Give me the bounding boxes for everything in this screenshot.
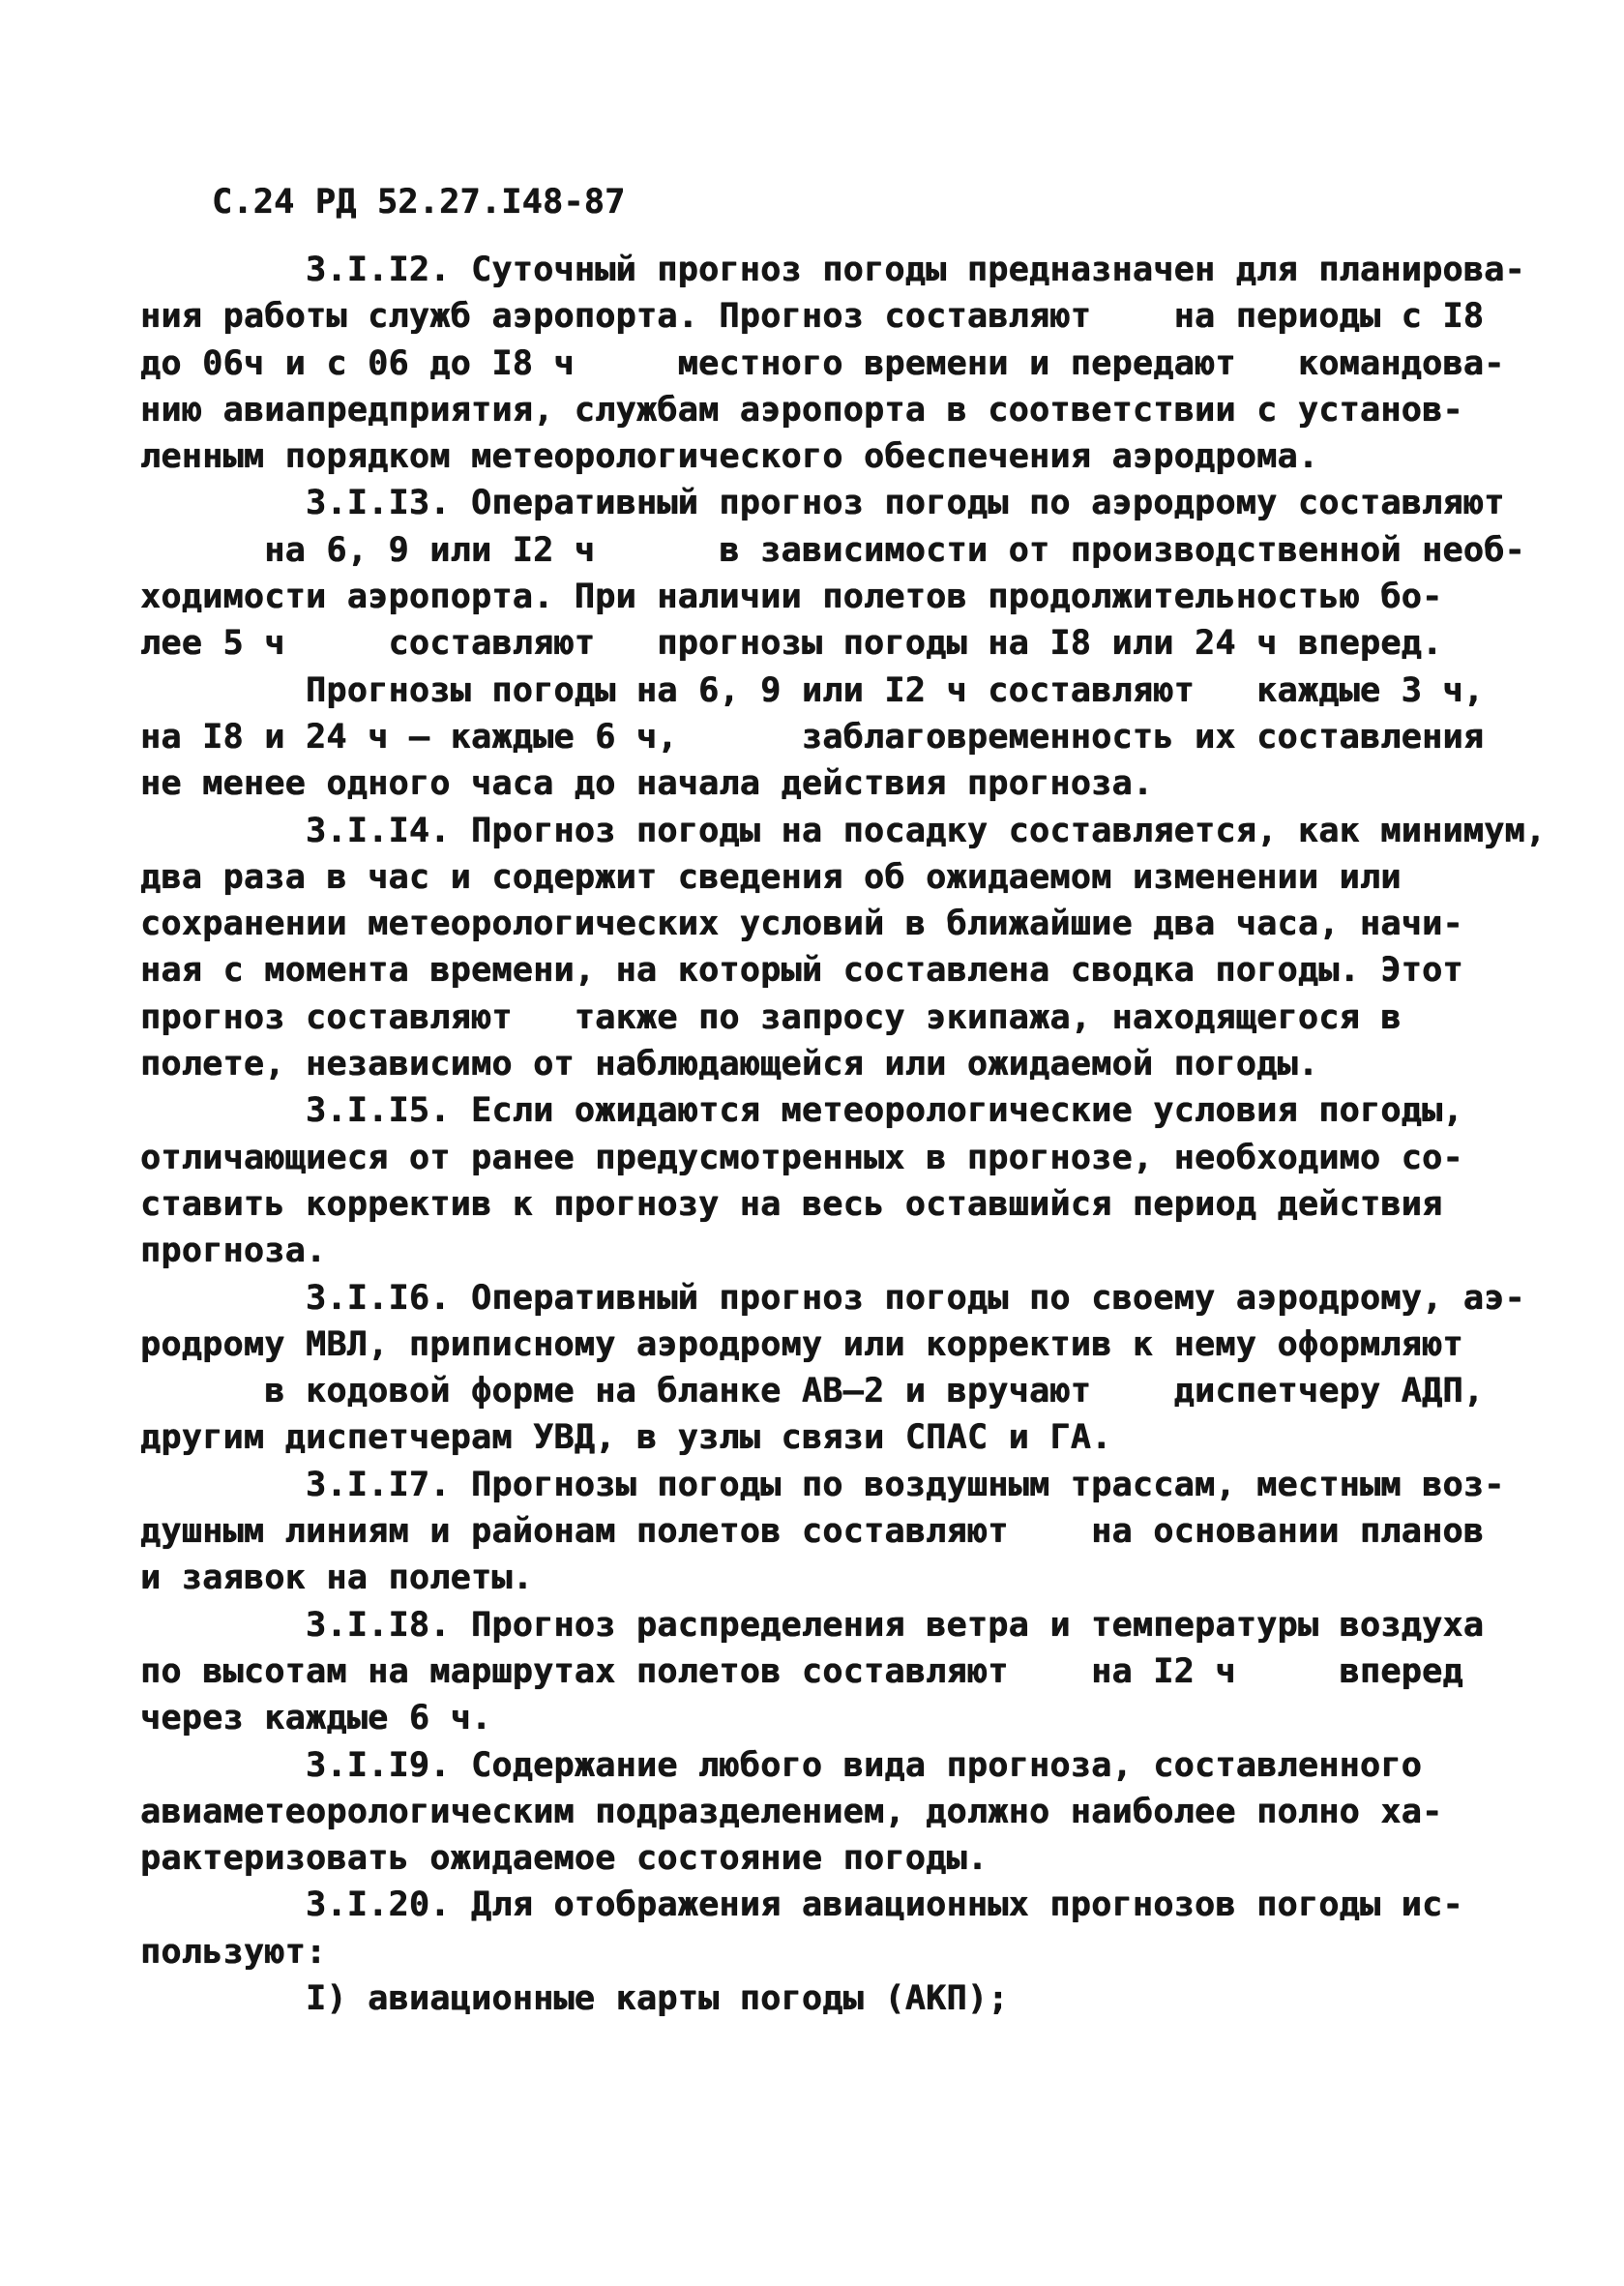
text-line: прогноз составляют также по запросу экип…	[140, 995, 1585, 1041]
text-line: Прогнозы погоды на 6, 9 или I2 ч составл…	[140, 668, 1585, 714]
text-line: 3.I.I3. Оперативный прогноз погоды по аэ…	[140, 480, 1585, 526]
text-line: на 6, 9 или I2 ч в зависимости от произв…	[140, 527, 1585, 574]
text-line: авиаметеорологическим подразделением, до…	[140, 1789, 1585, 1835]
text-line: родрому МВЛ, приписному аэродрому или ко…	[140, 1321, 1585, 1368]
text-line: пользуют:	[140, 1929, 1585, 1975]
text-line: по высотам на маршрутах полетов составля…	[140, 1648, 1585, 1695]
text-line: 3.I.20. Для отображения авиационных прог…	[140, 1882, 1585, 1928]
text-line: сохранении метеорологических условий в б…	[140, 901, 1585, 947]
text-line: через каждые 6 ч.	[140, 1695, 1585, 1741]
text-line: ния работы служб аэропорта. Прогноз сост…	[140, 293, 1585, 340]
document-body: 3.I.I2. Суточный прогноз погоды предназн…	[140, 247, 1585, 2022]
text-line: ставить корректив к прогнозу на весь ост…	[140, 1181, 1585, 1228]
text-line: ная с момента времени, на который состав…	[140, 947, 1585, 994]
text-line: отличающиеся от ранее предусмотренных в …	[140, 1135, 1585, 1181]
text-line: полете, независимо от наблюдающейся или …	[140, 1041, 1585, 1087]
text-line: прогноза.	[140, 1228, 1585, 1274]
text-line: другим диспетчерам УВД, в узлы связи СПА…	[140, 1414, 1585, 1461]
text-line: 3.I.I6. Оперативный прогноз погоды по св…	[140, 1275, 1585, 1321]
text-line: 3.I.I9. Содержание любого вида прогноза,…	[140, 1742, 1585, 1789]
text-line: 3.I.I4. Прогноз погоды на посадку состав…	[140, 808, 1585, 854]
text-line: и заявок на полеты.	[140, 1555, 1585, 1601]
text-line: в кодовой форме на бланке АВ–2 и вручают…	[140, 1368, 1585, 1414]
text-line: ленным порядком метеорологического обесп…	[140, 433, 1585, 480]
page-header: С.24 РД 52.27.I48-87	[212, 179, 1585, 225]
text-line: душным линиям и районам полетов составля…	[140, 1508, 1585, 1555]
scanned-document-page: С.24 РД 52.27.I48-87 3.I.I2. Суточный пр…	[0, 0, 1624, 2286]
text-line: 3.I.I5. Если ожидаются метеорологические…	[140, 1087, 1585, 1134]
text-line: нию авиапредприятия, службам аэропорта в…	[140, 387, 1585, 433]
text-line: I) авиационные карты погоды (АКП);	[140, 1975, 1585, 2022]
text-line: 3.I.I7. Прогнозы погоды по воздушным тра…	[140, 1462, 1585, 1508]
text-line: ходимости аэропорта. При наличии полетов…	[140, 574, 1585, 620]
text-line: два раза в час и содержит сведения об ож…	[140, 854, 1585, 901]
text-line: 3.I.I8. Прогноз распределения ветра и те…	[140, 1602, 1585, 1648]
text-line: 3.I.I2. Суточный прогноз погоды предназн…	[140, 247, 1585, 293]
text-line: не менее одного часа до начала действия …	[140, 760, 1585, 807]
text-line: лее 5 ч составляют прогнозы погоды на I8…	[140, 620, 1585, 667]
text-line: рактеризовать ожидаемое состояние погоды…	[140, 1835, 1585, 1882]
text-line: до 06ч и с 06 до I8 ч местного времени и…	[140, 341, 1585, 387]
text-line: на I8 и 24 ч – каждые 6 ч, заблаговремен…	[140, 714, 1585, 760]
